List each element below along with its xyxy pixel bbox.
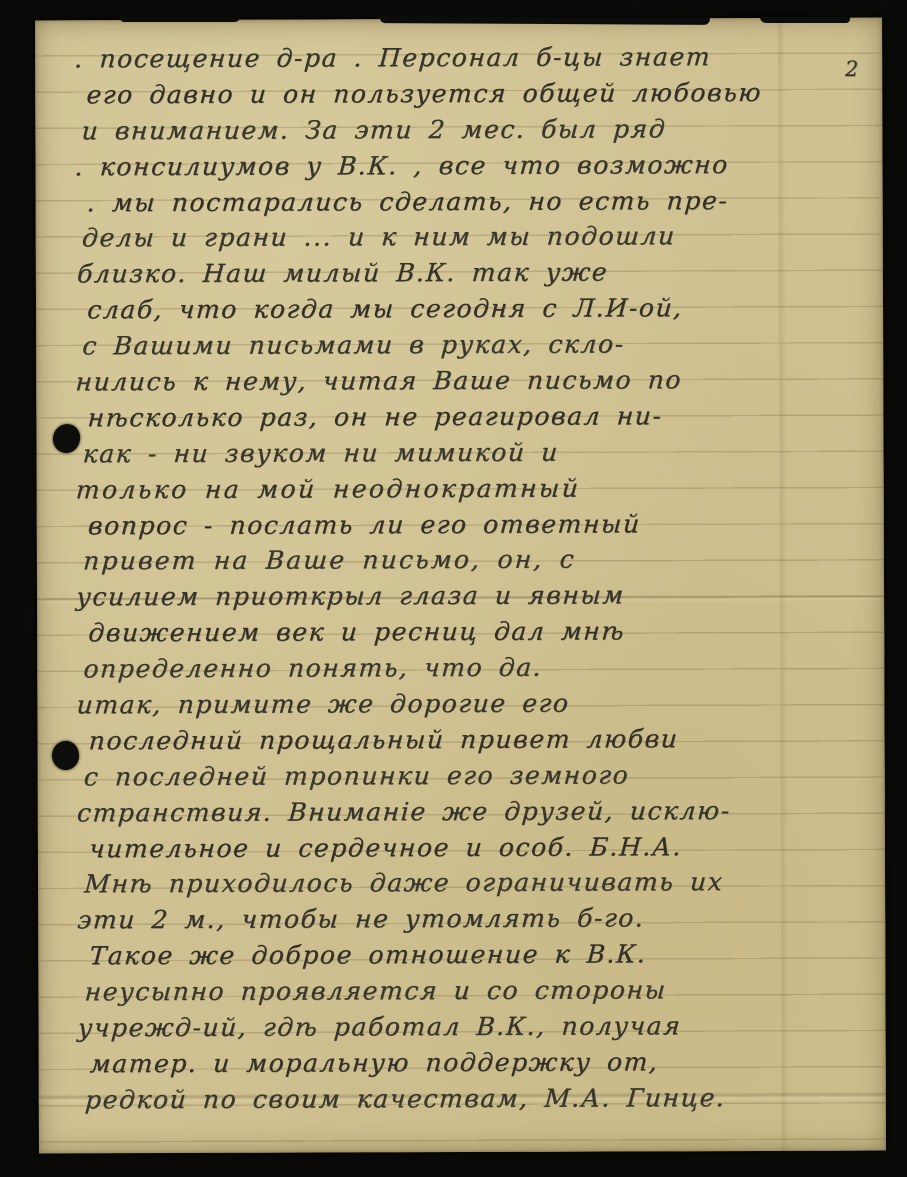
handwritten-line: последний прощальный привет любви bbox=[88, 720, 879, 759]
handwritten-line: . посещение д-ра . Персонал б-цы знает bbox=[73, 39, 876, 78]
handwritten-line: нились к нему, читая Ваше письмо по bbox=[74, 362, 877, 401]
handwritten-line: Мнѣ приходилось даже ограничивать их bbox=[83, 864, 879, 903]
handwritten-line: матер. и моральную поддержку от, bbox=[89, 1043, 880, 1082]
handwritten-line: эти 2 м., чтобы не утомлять б-го. bbox=[76, 900, 879, 939]
handwritten-line: и вниманием. За эти 2 мес. был ряд bbox=[80, 110, 876, 149]
handwritten-line: усилием приоткрыл глаза и явным bbox=[75, 577, 878, 616]
handwritten-line: делы и грани ... и к ним мы подошли bbox=[81, 218, 877, 257]
handwritten-line: Такое же доброе отношение к В.К. bbox=[88, 936, 879, 975]
handwritten-line: . мы постарались сделать, но есть пре- bbox=[86, 182, 877, 221]
handwritten-line: редкой по своим качествам, М.А. Гинце. bbox=[84, 1079, 880, 1118]
handwritten-line: движением век и ресниц дал мнѣ bbox=[87, 613, 878, 652]
handwritten-line: с последней тропинки его земного bbox=[83, 756, 879, 795]
handwritten-text: . посещение д-ра . Персонал б-цы знает е… bbox=[35, 18, 886, 1154]
handwritten-line: учрежд-ий, гдѣ работал В.К., получая bbox=[77, 1008, 880, 1047]
handwritten-line: нѣсколько раз, он не реагировал ни- bbox=[86, 397, 877, 436]
handwritten-line: итак, примите же дорогие его bbox=[75, 685, 878, 724]
scanned-letter-page: . посещение д-ра . Персонал б-цы знает е… bbox=[0, 0, 907, 1177]
handwritten-line: вопрос - послать ли его ответный bbox=[87, 505, 878, 544]
handwritten-line: чительное и сердечное и особ. Б.Н.А. bbox=[88, 828, 879, 867]
handwritten-line: как - ни звуком ни мимикой и bbox=[82, 433, 878, 472]
handwritten-line: . консилиумов у В.К. , все что возможно bbox=[74, 146, 877, 185]
handwritten-line: только на мой неоднократный bbox=[75, 469, 878, 508]
handwritten-line: определенно понять, что да. bbox=[82, 649, 878, 688]
handwritten-line: привет на Ваше письмо, он, с bbox=[82, 541, 878, 580]
handwritten-line: близко. Наш милый В.К. так уже bbox=[76, 254, 877, 293]
handwritten-line: с Вашими письмами в руках, скло- bbox=[81, 326, 877, 365]
handwritten-line: странствия. Вниманіе же друзей, исклю- bbox=[76, 792, 879, 831]
handwritten-line: неусыпно проявляется и со стороны bbox=[83, 972, 879, 1011]
handwritten-line: его давно и он пользуется общей любовью bbox=[85, 74, 876, 113]
handwritten-line: слаб, что когда мы сегодня с Л.И-ой, bbox=[86, 290, 877, 329]
page-number: 2 bbox=[845, 57, 858, 81]
